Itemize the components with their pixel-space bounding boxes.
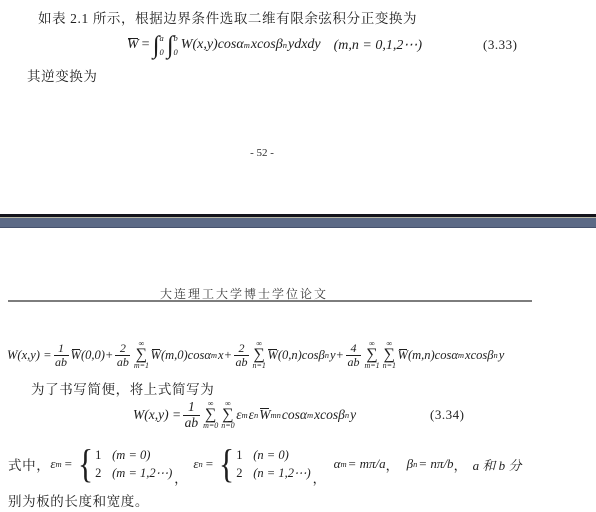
eq-term: W <box>259 407 270 423</box>
equation-3-34: W(x,y) = 1ab ∞∑m=0 ∞∑n=0 εm εn Wmn cosαm… <box>133 397 356 433</box>
summation: ∞∑n=1 <box>383 340 396 370</box>
eq-term: (n = 0) <box>253 448 289 463</box>
page-divider <box>0 214 596 228</box>
notation-line: 式中， εm = { 1(m = 0) 2(m = 1,2⋯) ， εn = {… <box>8 441 521 487</box>
eq-term: W <box>71 348 81 363</box>
eq-subscript: n <box>254 410 258 420</box>
equation-number-3-33: (3.33) <box>483 37 517 53</box>
fraction: 2ab <box>115 342 130 369</box>
eq-term: 1 <box>95 448 112 463</box>
document-viewer: 如表 2.1 所示，根据边界条件选取二维有限余弦积分正变换为 W = ∫ a0 … <box>0 0 596 512</box>
eq-term: xcosβ <box>465 348 493 363</box>
eq-subscript: m <box>244 40 250 50</box>
eq-term: (n = 1,2⋯) <box>253 465 310 481</box>
eq-term: = <box>142 37 150 53</box>
eq-term: (m = 1,2⋯) <box>112 465 172 481</box>
eq-term: 2 <box>95 466 112 481</box>
eq-term: W <box>398 348 408 363</box>
cases-epsilon-m: { 1(m = 0) 2(m = 1,2⋯) <box>76 448 172 481</box>
integral-sign: ∫ <box>167 33 174 58</box>
eq-term: xcosβ <box>314 407 345 423</box>
punctuation: ， <box>454 455 467 474</box>
eq-term: ab <box>234 355 249 369</box>
fraction: 1ab <box>183 400 200 430</box>
eq-subscript: m <box>211 350 217 360</box>
eq-term: = nπ/b <box>418 456 453 472</box>
header-rule <box>8 300 532 302</box>
eq-term: (m = 0) <box>112 448 150 463</box>
eq-term: b <box>174 33 178 43</box>
intro-paragraph: 如表 2.1 所示，根据边界条件选取二维有限余弦积分正变换为 <box>38 7 417 27</box>
eq-term: W <box>267 348 277 363</box>
notation-line-continued: 别为板的长度和宽度。 <box>8 490 149 510</box>
eq-term: ab <box>346 355 361 369</box>
eq-term: n=1 <box>253 362 266 370</box>
eq-subscript: m <box>340 459 346 469</box>
fraction: 2ab <box>234 342 249 369</box>
fraction: 1ab <box>54 342 69 369</box>
eq-subscript: m <box>458 350 464 360</box>
notation-intro: 式中， <box>8 454 50 474</box>
eq-term: (0,n)cosβ <box>278 348 325 363</box>
summation: ∞∑m=0 <box>203 400 218 430</box>
eq-term: 1 <box>236 448 253 463</box>
case-row: 1(n = 0) <box>236 448 310 463</box>
sigma-symbol: ∑ <box>254 348 265 362</box>
eq-term: y <box>350 407 356 423</box>
eq-subscript: n <box>325 350 329 360</box>
eq-term: xcosβ <box>251 37 283 53</box>
eq-term: 0 <box>159 47 163 57</box>
eq-subscript: n <box>198 459 202 469</box>
eq-term: α <box>334 456 341 472</box>
cases-rows: 1(n = 0) 2(n = 1,2⋯) <box>236 448 310 481</box>
eq-term: a 和 b 分 <box>473 455 522 474</box>
eq-term: y+ <box>330 348 344 363</box>
eq-term: n=1 <box>383 362 396 370</box>
summation: ∞∑m=1 <box>134 340 149 370</box>
eq-term: ab <box>54 355 69 369</box>
summation: ∞∑m=1 <box>364 340 379 370</box>
eq-subscript: m <box>307 410 313 420</box>
fraction: 4ab <box>346 342 361 369</box>
eq-subscript: n <box>283 40 287 50</box>
eq-term: x+ <box>218 348 232 363</box>
eq-term: m=0 <box>203 422 218 430</box>
eq-term: 1 <box>58 342 64 355</box>
eq-term: y <box>499 348 505 363</box>
left-brace: { <box>78 448 93 480</box>
sigma-symbol: ∑ <box>205 408 216 422</box>
sigma-symbol: ∑ <box>136 348 147 362</box>
cases-rows: 1(m = 0) 2(m = 1,2⋯) <box>95 448 172 481</box>
page-number: - 52 - <box>0 147 524 159</box>
eq-condition: (m,n = 0,1,2⋯) <box>334 37 422 54</box>
eq-term: cosα <box>282 407 307 423</box>
eq-term: 2 <box>239 342 245 355</box>
sigma-symbol: ∑ <box>366 348 377 362</box>
punctuation: ， <box>386 455 399 474</box>
summation: ∞∑n=0 <box>221 400 234 430</box>
punctuation: ， <box>313 468 326 487</box>
eq-subscript: m <box>55 459 61 469</box>
sigma-symbol: ∑ <box>222 408 233 422</box>
eq-term: (m,0)cosα <box>161 348 211 363</box>
punctuation: ， <box>174 468 187 487</box>
eq-term: ydxdy <box>288 37 321 53</box>
eq-term: 1 <box>188 400 195 415</box>
eq-term: W(x,y) = <box>133 407 181 423</box>
eq-subscript: n <box>493 350 497 360</box>
integral-sign: ∫ <box>153 33 160 58</box>
eq-subscript: n <box>413 459 417 469</box>
eq-term: = <box>65 456 72 472</box>
eq-subscript: mn <box>270 410 280 420</box>
inverse-transform-label: 其逆变换为 <box>27 65 98 85</box>
case-row: 2(n = 1,2⋯) <box>236 465 310 481</box>
eq-term: m=1 <box>364 362 379 370</box>
eq-term: 2 <box>236 466 253 481</box>
eq-subscript: n <box>345 410 349 420</box>
case-row: 1(m = 0) <box>95 448 172 463</box>
inverse-transform-equation: W(x,y) = 1ab W(0,0)+ 2ab ∞∑m=1 W(m,0)cos… <box>7 332 504 378</box>
eq-term: = mπ/a <box>348 456 386 472</box>
eq-term: = <box>206 456 213 472</box>
eq-subscript: m <box>242 410 248 420</box>
eq-term: W <box>127 37 139 53</box>
integral-limits: a0 <box>159 33 163 57</box>
eq-term: (m,n)cosα <box>408 348 458 363</box>
divider-bar <box>0 218 596 228</box>
simplify-paragraph: 为了书写简便，将上式简写为 <box>31 378 214 398</box>
eq-term: ab <box>183 415 200 431</box>
eq-term: W(x,y)cosα <box>181 37 244 53</box>
equation-number-3-34: (3.34) <box>430 407 464 423</box>
eq-term: a <box>159 33 163 43</box>
eq-term: 0 <box>174 47 178 57</box>
eq-term: 2 <box>120 342 126 355</box>
eq-term: m=1 <box>134 362 149 370</box>
summation: ∞∑n=1 <box>253 340 266 370</box>
eq-term: n=0 <box>221 422 234 430</box>
cases-epsilon-n: { 1(n = 0) 2(n = 1,2⋯) <box>217 448 311 481</box>
integral-limits: b0 <box>174 33 178 57</box>
eq-term: 4 <box>350 342 356 355</box>
eq-term: W <box>151 348 161 363</box>
equation-3-33: W = ∫ a0 ∫ b0 W(x,y)cosαm xcosβn ydxdy (… <box>127 28 422 62</box>
case-row: 2(m = 1,2⋯) <box>95 465 172 481</box>
eq-term: W(x,y) = <box>7 348 52 363</box>
eq-term: ab <box>115 355 130 369</box>
left-brace: { <box>219 448 234 480</box>
sigma-symbol: ∑ <box>384 348 395 362</box>
eq-term: (0,0)+ <box>81 348 113 363</box>
